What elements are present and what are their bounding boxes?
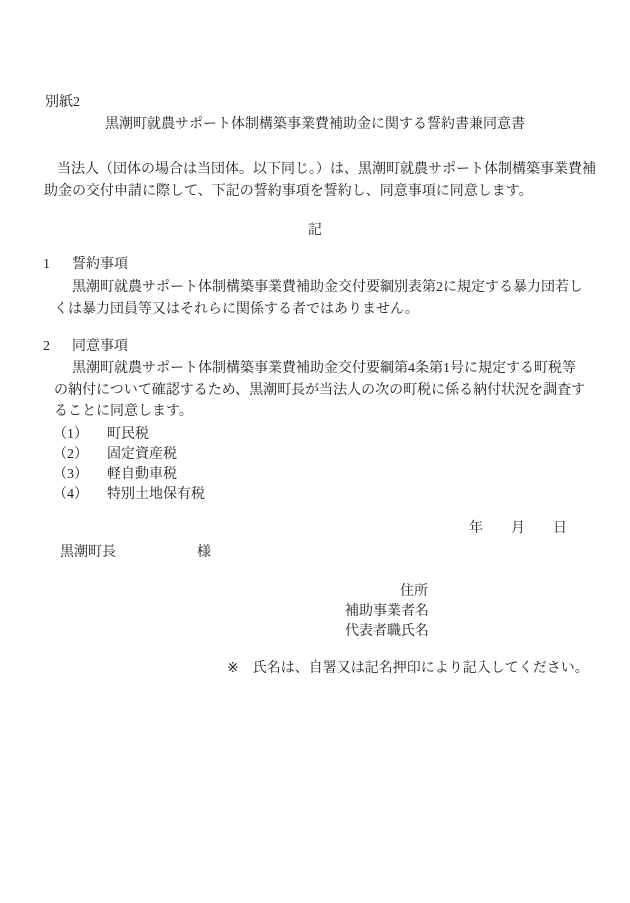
signature-field-address: 住所 [400, 582, 428, 602]
signature-field-business-name: 補助事業者名 [345, 602, 429, 622]
tax-item: （1） 町民税 [53, 425, 205, 445]
tax-item-label: 特別土地保有税 [107, 485, 205, 505]
tax-item-number: （2） [53, 445, 107, 465]
section-2-body: 黒潮町就農サポート体制構築事業費補助金交付要綱第4条第1号に規定する町税等 の納… [54, 358, 585, 423]
intro-line: 当法人（団体の場合は当団体。以下同じ。）は、黒潮町就農サポート体制構築事業費補 [44, 159, 596, 181]
section-1-heading: 誓約事項 [72, 255, 128, 275]
section-1-body-line: 黒潮町就農サポート体制構築事業費補助金交付要綱別表第2に規定する暴力団若し [54, 277, 583, 299]
tax-list: （1） 町民税 （2） 固定資産税 （3） 軽自動車税 （4） 特別土地保有税 [53, 425, 205, 505]
intro-paragraph: 当法人（団体の場合は当団体。以下同じ。）は、黒潮町就農サポート体制構築事業費補 … [44, 159, 596, 202]
tax-item-number: （3） [53, 465, 107, 485]
record-marker: 記 [0, 221, 630, 241]
tax-item-number: （4） [53, 485, 107, 505]
intro-line: 助金の交付申請に際して、下記の誓約事項を誓約し、同意事項に同意します。 [44, 181, 596, 203]
footnote-marker: ※ [227, 659, 239, 679]
tax-item-label: 固定資産税 [107, 445, 177, 465]
addressee-name: 黒潮町長 [60, 543, 116, 563]
footnote-text: 氏名は、自署又は記名押印により記入してください。 [253, 659, 589, 679]
section-2-body-line: 黒潮町就農サポート体制構築事業費補助金交付要綱第4条第1号に規定する町税等 [54, 358, 585, 380]
attachment-label: 別紙2 [45, 93, 80, 113]
section-2-body-line: ることに同意します。 [54, 401, 585, 423]
signature-field-representative: 代表者職氏名 [345, 622, 429, 642]
section-1-body-line: くは暴力団員等又はそれらに関係する者ではありません。 [54, 299, 583, 321]
tax-item-label: 町民税 [107, 425, 149, 445]
addressee-honorific: 様 [197, 543, 211, 563]
footnote: ※ 氏名は、自署又は記名押印により記入してください。 [227, 659, 589, 679]
section-1-number: 1 [43, 255, 50, 275]
tax-item: （4） 特別土地保有税 [53, 485, 205, 505]
tax-item-number: （1） [53, 425, 107, 445]
tax-item: （3） 軽自動車税 [53, 465, 205, 485]
section-2-number: 2 [43, 337, 50, 357]
date-placeholder-line: 年 月 日 [469, 519, 567, 539]
tax-item: （2） 固定資産税 [53, 445, 205, 465]
section-2-heading: 同意事項 [72, 337, 128, 357]
document-title: 黒潮町就農サポート体制構築事業費補助金に関する誓約書兼同意書 [0, 115, 630, 135]
document-page: 別紙2 黒潮町就農サポート体制構築事業費補助金に関する誓約書兼同意書 当法人（団… [0, 0, 630, 903]
section-2-body-line: の納付について確認するため、黒潮町長が当法人の次の町税に係る納付状況を調査す [54, 380, 585, 402]
section-1-body: 黒潮町就農サポート体制構築事業費補助金交付要綱別表第2に規定する暴力団若し くは… [54, 277, 583, 320]
tax-item-label: 軽自動車税 [107, 465, 177, 485]
